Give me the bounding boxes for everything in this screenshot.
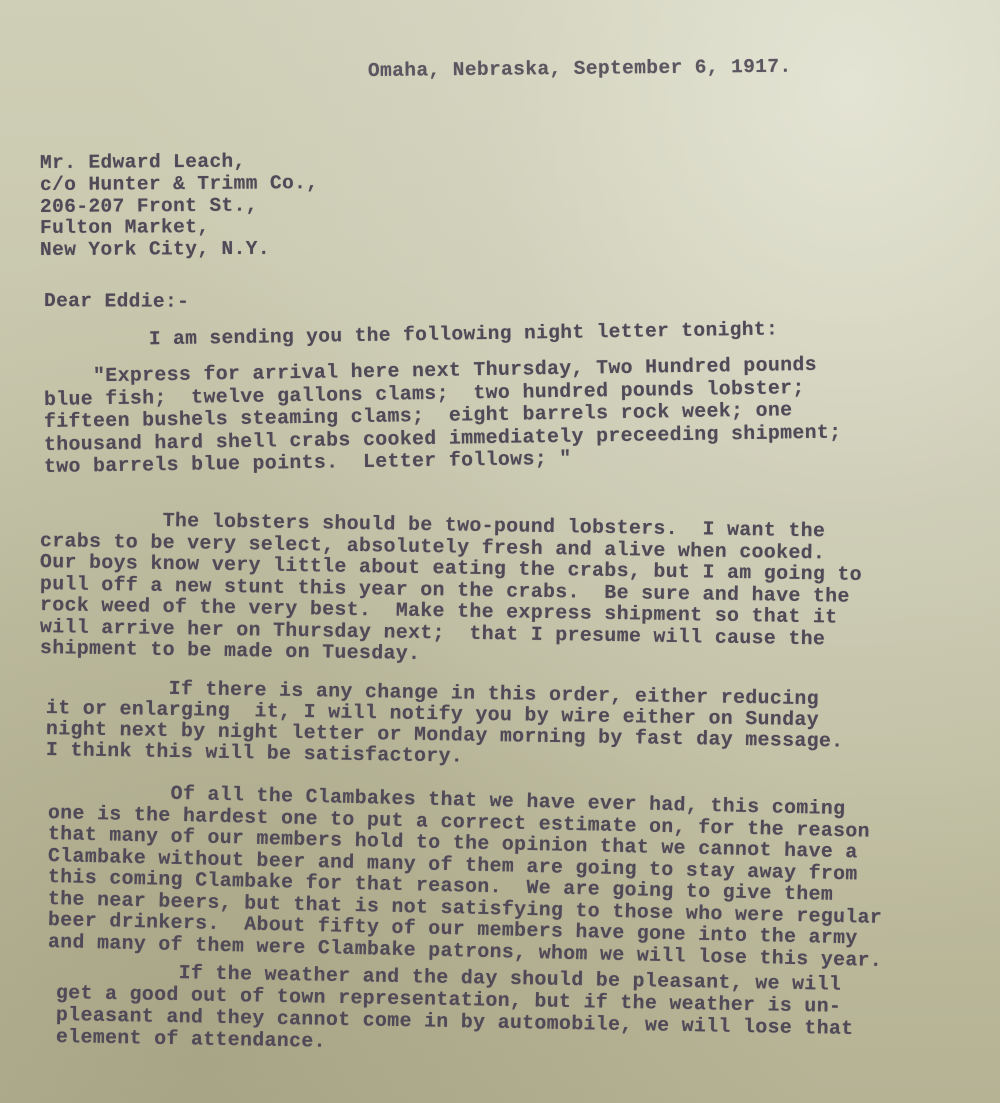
text-line: element of attendance. [56, 1026, 326, 1053]
typewritten-letter: Omaha, Nebraska, September 6, 1917. Mr. … [0, 0, 1000, 1103]
dateline: Omaha, Nebraska, September 6, 1917. [368, 56, 792, 82]
address-line: Fulton Market, [40, 216, 210, 239]
salutation: Dear Eddie:- [44, 290, 189, 313]
text-line: shipment to be made on Tuesday. [40, 637, 421, 665]
address-line: c/o Hunter & Trimm Co., [40, 172, 318, 196]
address-line: Mr. Edward Leach, [40, 151, 246, 174]
text-line: I am sending you the following night let… [40, 318, 778, 352]
address-line: New York City, N.Y. [40, 238, 270, 261]
address-line: 206-207 Front St., [40, 194, 258, 218]
